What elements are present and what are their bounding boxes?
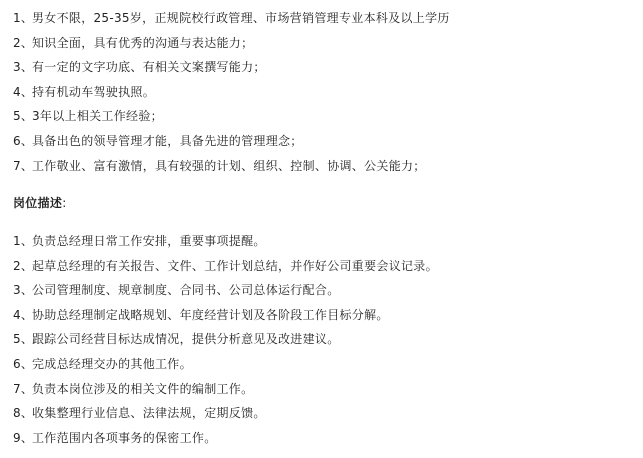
item-text: 起草总经理的有关报告、文件、工作计划总结，并作好公司重要会议记录。	[32, 259, 438, 273]
heading-text: 岗位描述	[13, 196, 62, 210]
item-text: 跟踪公司经营目标达成情况，提供分析意见及改进建议。	[32, 332, 340, 346]
item-text: 公司管理制度、规章制度、合同书、公司总体运行配合。	[32, 283, 340, 297]
item-text: 完成总经理交办的其他工作。	[32, 357, 192, 371]
section-heading-job-description: 岗位描述:	[13, 193, 67, 213]
description-item: 2、起草总经理的有关报告、文件、工作计划总结，并作好公司重要会议记录。	[13, 254, 438, 279]
description-item: 5、跟踪公司经营目标达成情况，提供分析意见及改进建议。	[13, 327, 438, 352]
item-number: 6、	[13, 352, 32, 377]
item-number: 4、	[13, 80, 32, 105]
item-number: 5、	[13, 327, 32, 352]
item-number: 3、	[13, 278, 32, 303]
item-text: 有一定的文字功底、有相关文案撰写能力；	[32, 60, 266, 74]
item-number: 5、	[13, 104, 32, 129]
item-text: 收集整理行业信息、法律法规，定期反馈。	[32, 406, 266, 420]
item-number: 4、	[13, 303, 32, 328]
item-number: 8、	[13, 401, 32, 426]
item-text: 工作范围内各项事务的保密工作。	[32, 431, 217, 445]
heading-colon: :	[62, 196, 66, 210]
item-number: 1、	[13, 229, 32, 254]
item-text: 负责总经理日常工作安排，重要事项提醒。	[32, 234, 266, 248]
item-text: 协助总经理制定战略规划、年度经营计划及各阶段工作目标分解。	[32, 308, 389, 322]
requirement-item: 4、持有机动车驾驶执照。	[13, 80, 450, 105]
job-description-list: 1、负责总经理日常工作安排，重要事项提醒。 2、起草总经理的有关报告、文件、工作…	[13, 229, 438, 450]
requirement-item: 5、3年以上相关工作经验；	[13, 104, 450, 129]
description-item: 4、协助总经理制定战略规划、年度经营计划及各阶段工作目标分解。	[13, 303, 438, 328]
item-text: 男女不限，25-35岁，正规院校行政管理、市场营销管理专业本科及以上学历	[32, 11, 450, 25]
item-text: 负责本岗位涉及的相关文件的编制工作。	[32, 382, 253, 396]
item-text: 持有机动车驾驶执照。	[32, 85, 155, 99]
item-number: 7、	[13, 377, 32, 402]
item-text: 知识全面，具有优秀的沟通与表达能力；	[32, 36, 253, 50]
requirements-list: 1、男女不限，25-35岁，正规院校行政管理、市场营销管理专业本科及以上学历 2…	[13, 6, 450, 178]
requirement-item: 1、男女不限，25-35岁，正规院校行政管理、市场营销管理专业本科及以上学历	[13, 6, 450, 31]
item-text: 3年以上相关工作经验；	[32, 109, 163, 123]
requirement-item: 3、有一定的文字功底、有相关文案撰写能力；	[13, 55, 450, 80]
description-item: 6、完成总经理交办的其他工作。	[13, 352, 438, 377]
item-number: 1、	[13, 6, 32, 31]
description-item: 1、负责总经理日常工作安排，重要事项提醒。	[13, 229, 438, 254]
item-text: 具备出色的领导管理才能，具备先进的管理理念；	[32, 134, 303, 148]
item-number: 2、	[13, 254, 32, 279]
requirement-item: 2、知识全面，具有优秀的沟通与表达能力；	[13, 31, 450, 56]
description-item: 7、负责本岗位涉及的相关文件的编制工作。	[13, 377, 438, 402]
description-item: 8、收集整理行业信息、法律法规，定期反馈。	[13, 401, 438, 426]
requirement-item: 6、具备出色的领导管理才能，具备先进的管理理念；	[13, 129, 450, 154]
item-number: 6、	[13, 129, 32, 154]
item-number: 2、	[13, 31, 32, 56]
description-item: 3、公司管理制度、规章制度、合同书、公司总体运行配合。	[13, 278, 438, 303]
description-item: 9、工作范围内各项事务的保密工作。	[13, 426, 438, 451]
item-number: 3、	[13, 55, 32, 80]
requirement-item: 7、工作敬业、富有激情，具有较强的计划、组织、控制、协调、公关能力；	[13, 154, 450, 179]
item-number: 9、	[13, 426, 32, 451]
item-number: 7、	[13, 154, 32, 179]
item-text: 工作敬业、富有激情，具有较强的计划、组织、控制、协调、公关能力；	[32, 159, 426, 173]
